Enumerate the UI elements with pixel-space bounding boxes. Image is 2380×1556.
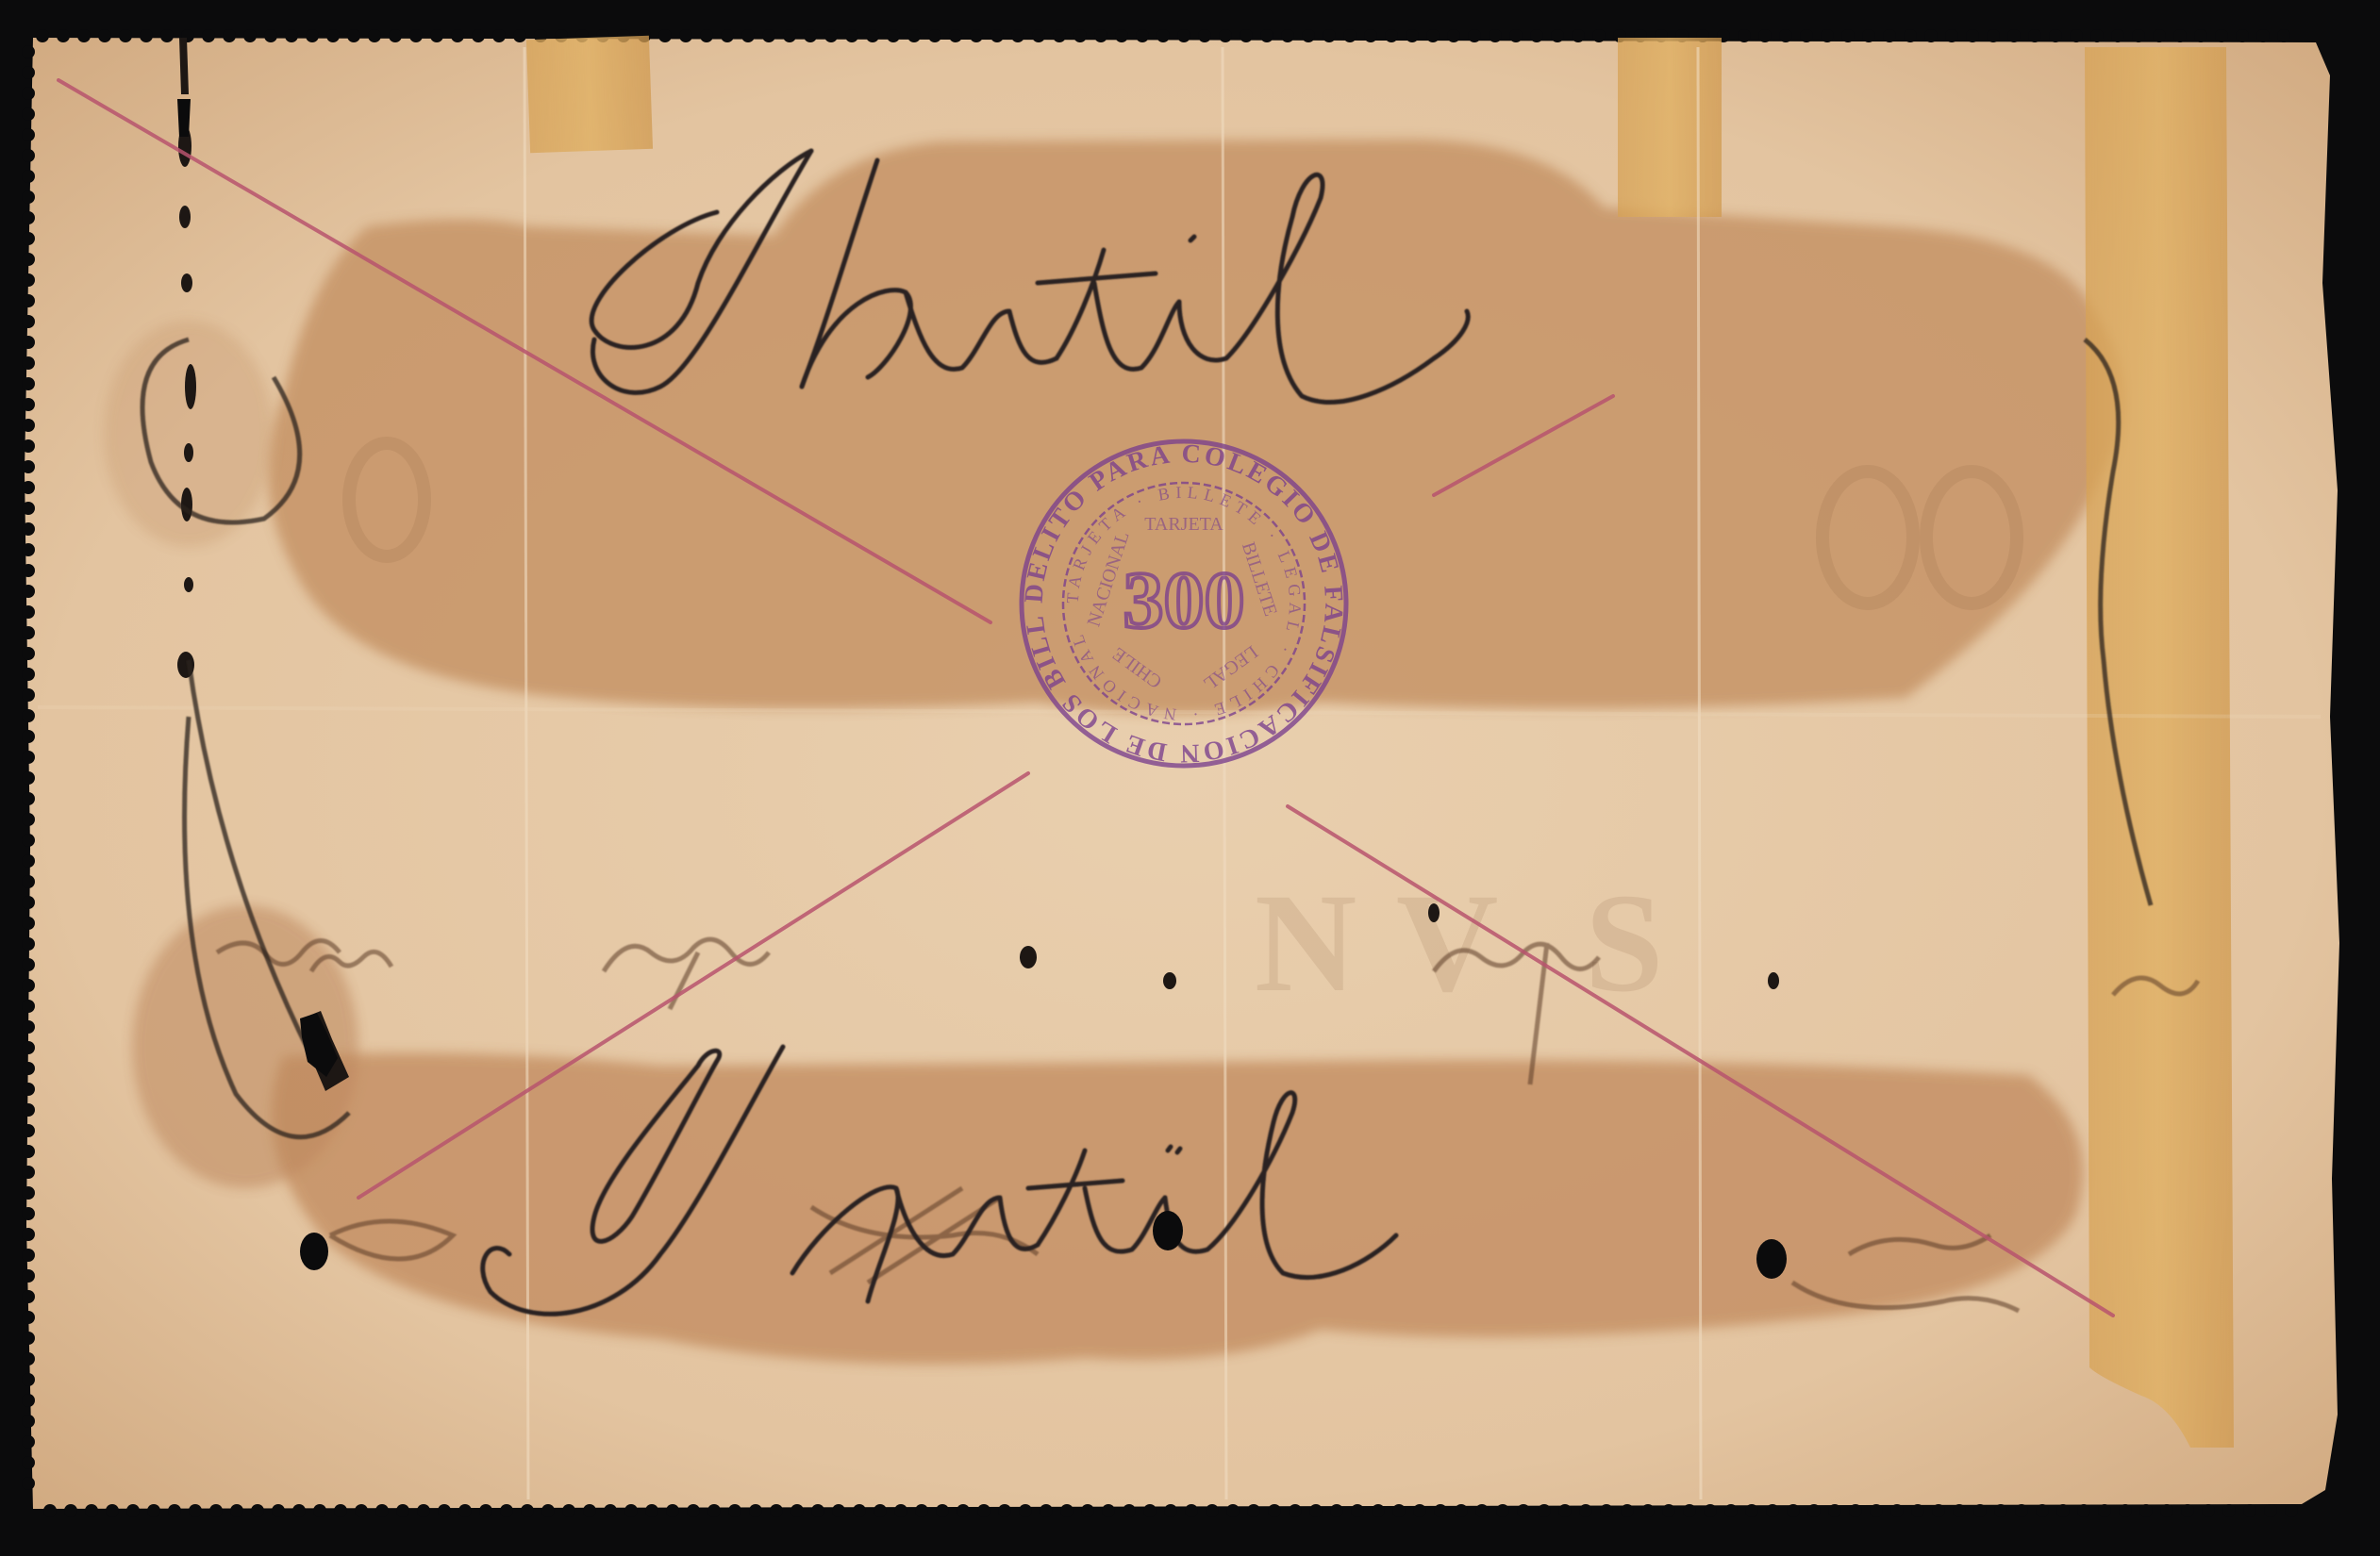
- punch-hole-right: [1756, 1239, 1787, 1279]
- stamp-center-value: 300: [1123, 555, 1245, 645]
- svg-text:TARJETA: TARJETA: [1144, 514, 1223, 535]
- svg-text:V: V: [1396, 865, 1498, 1021]
- punch-hole-left: [300, 1233, 328, 1270]
- svg-text:N: N: [1255, 865, 1356, 1021]
- banknote-canvas: /* placeholder */ N V S: [0, 0, 2380, 1556]
- ghost-letters: N V S: [1255, 865, 1663, 1021]
- punch-hole-center: [1153, 1211, 1183, 1250]
- banknote-photo: /* placeholder */ N V S: [0, 0, 2380, 1556]
